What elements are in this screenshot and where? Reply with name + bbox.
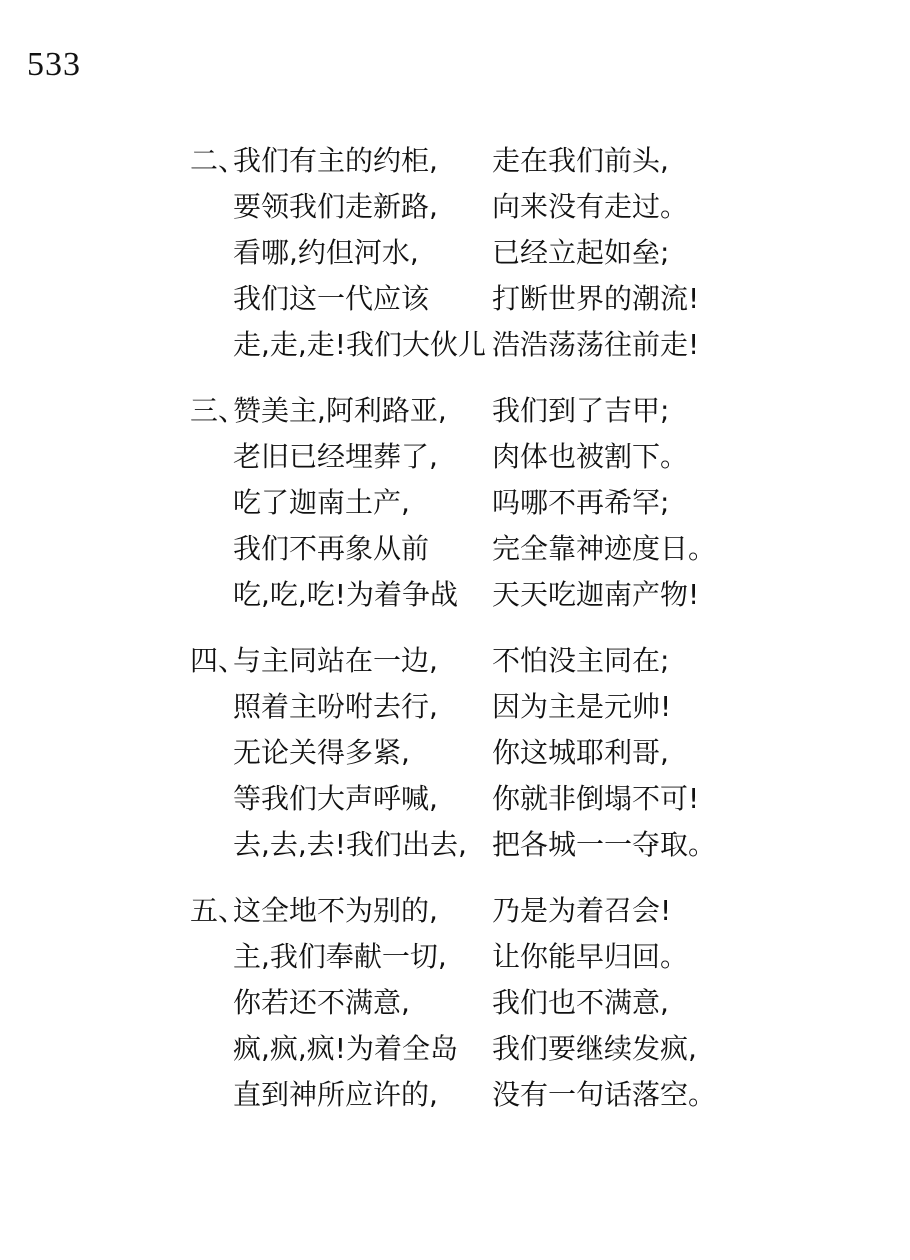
hymn-stanzas: 二、我们有主的约柜,走在我们前头,要领我们走新路,向来没有走过。看哪,约但河水,… — [190, 138, 716, 1118]
stanza-marker-spacer — [190, 776, 233, 822]
verse-line-left: 走,走,走!我们大伙儿 — [233, 322, 492, 368]
verse-line-right: 走在我们前头, — [492, 138, 716, 184]
verse-line-right: 我们到了吉甲; — [492, 388, 716, 434]
verse-line-right: 我们要继续发疯, — [492, 1026, 716, 1072]
verse-line-left: 吃了迦南土产, — [233, 480, 492, 526]
verse-line-left: 主,我们奉献一切, — [233, 934, 492, 980]
verse-line-left: 我们这一代应该 — [233, 276, 492, 322]
stanza-marker-spacer — [190, 730, 233, 776]
verse-line-right: 肉体也被割下。 — [492, 434, 716, 480]
stanza-marker: 四、 — [190, 638, 233, 684]
stanza-marker-spacer — [190, 276, 233, 322]
verse-line-left: 疯,疯,疯!为着全岛 — [233, 1026, 492, 1072]
verse-line-right: 乃是为着召会! — [492, 888, 716, 934]
verse-line-right: 你这城耶利哥, — [492, 730, 716, 776]
verse-line-right: 吗哪不再希罕; — [492, 480, 716, 526]
verse-line-left: 照着主吩咐去行, — [233, 684, 492, 730]
stanza-marker-spacer — [190, 1072, 233, 1118]
verse-line-left: 与主同站在一边, — [233, 638, 492, 684]
stanza-marker-spacer — [190, 1026, 233, 1072]
verse-line-left: 我们有主的约柜, — [233, 138, 492, 184]
verse-line-left: 看哪,约但河水, — [233, 230, 492, 276]
stanza-marker-spacer — [190, 684, 233, 730]
stanza-marker-spacer — [190, 822, 233, 868]
stanza-marker-spacer — [190, 572, 233, 618]
stanza-marker: 五、 — [190, 888, 233, 934]
verse-line-left: 吃,吃,吃!为着争战 — [233, 572, 492, 618]
verse-line-right: 打断世界的潮流! — [492, 276, 716, 322]
stanza-marker-spacer — [190, 434, 233, 480]
stanza-marker-spacer — [190, 184, 233, 230]
stanza-marker-spacer — [190, 230, 233, 276]
stanza: 四、与主同站在一边,不怕没主同在;照着主吩咐去行,因为主是元帅!无论关得多紧,你… — [190, 638, 716, 868]
stanza-marker-spacer — [190, 934, 233, 980]
verse-line-right: 完全靠神迹度日。 — [492, 526, 716, 572]
page-number: 533 — [27, 46, 81, 84]
verse-line-left: 我们不再象从前 — [233, 526, 492, 572]
stanza: 五、这全地不为别的,乃是为着召会!主,我们奉献一切,让你能早归回。你若还不满意,… — [190, 888, 716, 1118]
verse-line-right: 不怕没主同在; — [492, 638, 716, 684]
stanza: 二、我们有主的约柜,走在我们前头,要领我们走新路,向来没有走过。看哪,约但河水,… — [190, 138, 716, 368]
stanza-marker: 三、 — [190, 388, 233, 434]
verse-line-left: 你若还不满意, — [233, 980, 492, 1026]
stanza-marker-spacer — [190, 980, 233, 1026]
stanza-marker: 二、 — [190, 138, 233, 184]
verse-line-right: 天天吃迦南产物! — [492, 572, 716, 618]
stanza: 三、赞美主,阿利路亚,我们到了吉甲;老旧已经埋葬了,肉体也被割下。吃了迦南土产,… — [190, 388, 716, 618]
verse-line-right: 我们也不满意, — [492, 980, 716, 1026]
verse-line-right: 你就非倒塌不可! — [492, 776, 716, 822]
verse-line-left: 这全地不为别的, — [233, 888, 492, 934]
verse-line-left: 赞美主,阿利路亚, — [233, 388, 492, 434]
verse-line-left: 去,去,去!我们出去, — [233, 822, 492, 868]
verse-line-right: 把各城一一夺取。 — [492, 822, 716, 868]
verse-line-right: 向来没有走过。 — [492, 184, 716, 230]
verse-line-left: 等我们大声呼喊, — [233, 776, 492, 822]
verse-line-right: 没有一句话落空。 — [492, 1072, 716, 1118]
verse-line-right: 已经立起如垒; — [492, 230, 716, 276]
verse-line-left: 老旧已经埋葬了, — [233, 434, 492, 480]
verse-line-left: 直到神所应许的, — [233, 1072, 492, 1118]
verse-line-right: 因为主是元帅! — [492, 684, 716, 730]
verse-line-left: 要领我们走新路, — [233, 184, 492, 230]
verse-line-right: 浩浩荡荡往前走! — [492, 322, 716, 368]
verse-line-right: 让你能早归回。 — [492, 934, 716, 980]
stanza-marker-spacer — [190, 480, 233, 526]
stanza-marker-spacer — [190, 322, 233, 368]
verse-line-left: 无论关得多紧, — [233, 730, 492, 776]
stanza-marker-spacer — [190, 526, 233, 572]
